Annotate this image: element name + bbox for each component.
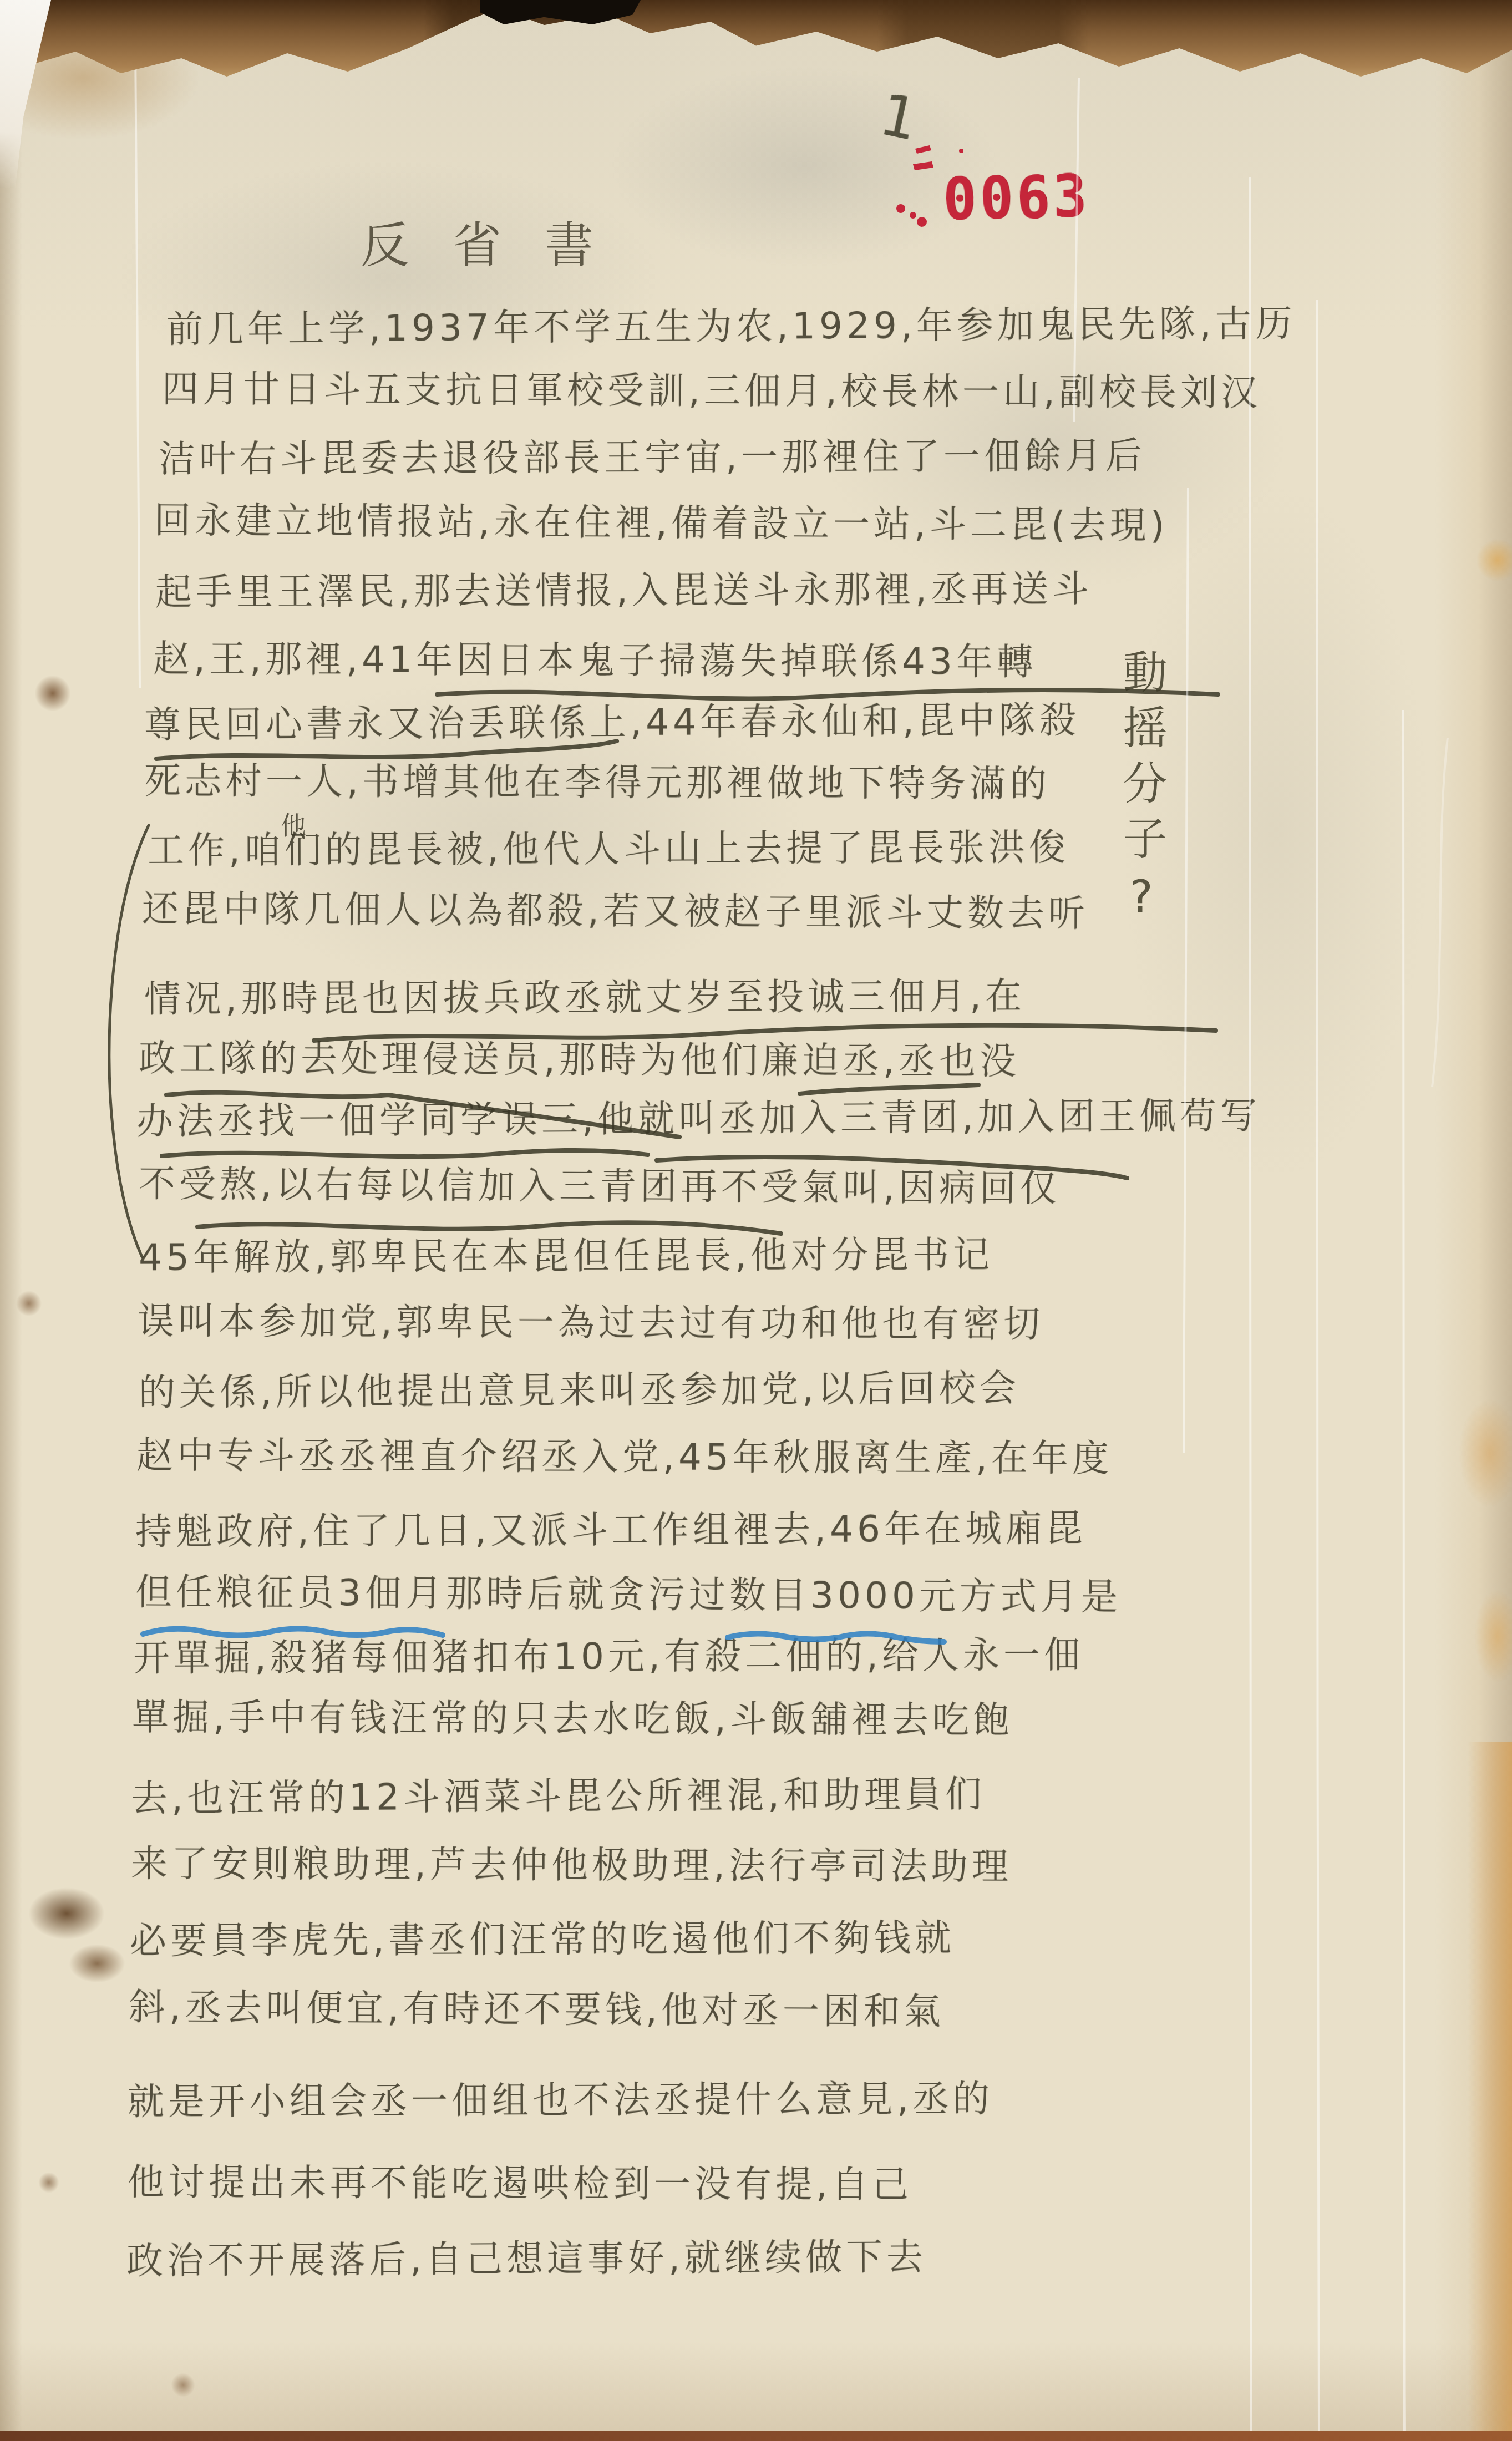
red-ink-marks: [896, 145, 963, 227]
fold-crease: [1184, 488, 1188, 1453]
bottom-edge-strip: [0, 2431, 1512, 2441]
ink-underline: [437, 690, 1218, 698]
fold-crease: [1250, 177, 1251, 2438]
blue-underline: [728, 1633, 944, 1642]
fold-crease: [1432, 738, 1448, 1087]
ink-underline: [657, 1157, 1127, 1178]
ink-underline: [800, 1085, 978, 1094]
fold-crease: [135, 39, 140, 688]
ink-underline: [314, 1026, 1216, 1041]
ink-underline: [162, 1150, 648, 1156]
ink-underline: [197, 1222, 781, 1234]
fold-crease: [1074, 78, 1079, 422]
fold-crease: [1403, 710, 1404, 2438]
margin-bracket: [109, 825, 149, 1257]
ink-underline: [166, 1093, 679, 1137]
blue-underline: [143, 1628, 443, 1635]
ink-marks-overlay: [0, 0, 1512, 2441]
ink-underline: [156, 741, 617, 759]
fold-crease: [1317, 300, 1319, 2438]
